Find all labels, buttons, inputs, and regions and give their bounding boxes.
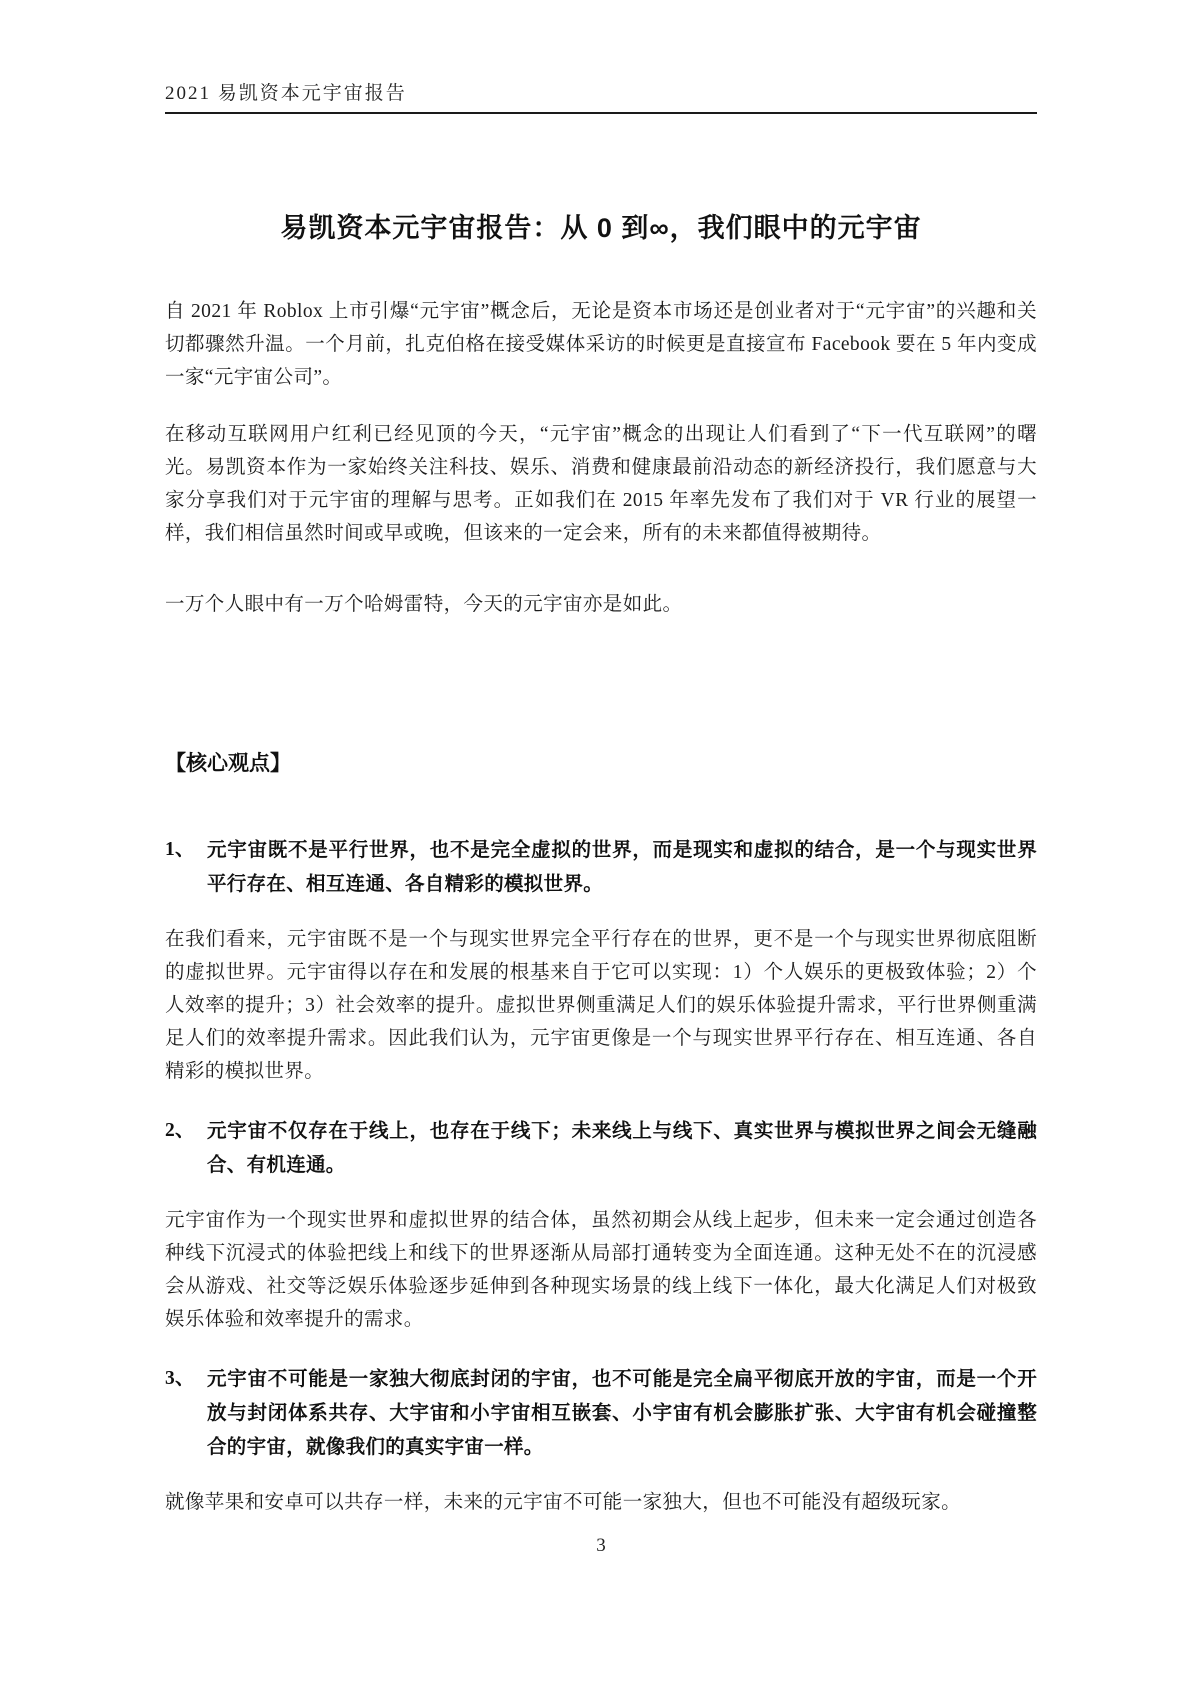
intro-paragraph-1: 自 2021 年 Roblox 上市引爆“元宇宙”概念后，无论是资本市场还是创业…	[165, 295, 1037, 394]
core-views-heading: 【核心观点】	[165, 747, 1037, 777]
running-header-text: 2021 易凯资本元宇宙报告	[165, 83, 407, 104]
core-view-item-3: 3、 元宇宙不可能是一家独大彻底封闭的宇宙，也不可能是完全扁平彻底开放的宇宙，而…	[165, 1362, 1037, 1464]
core-view-item-3-statement: 元宇宙不可能是一家独大彻底封闭的宇宙，也不可能是完全扁平彻底开放的宇宙，而是一个…	[207, 1362, 1037, 1464]
core-view-item-1-statement: 元宇宙既不是平行世界，也不是完全虚拟的世界，而是现实和虚拟的结合，是一个与现实世…	[207, 833, 1037, 901]
core-view-item-2-statement: 元宇宙不仅存在于线上，也存在于线下；未来线上与线下、真实世界与模拟世界之间会无缝…	[207, 1114, 1037, 1182]
core-view-item-3-detail: 就像苹果和安卓可以共存一样，未来的元宇宙不可能一家独大，但也不可能没有超级玩家。	[165, 1486, 1037, 1519]
document-title: 易凯资本元宇宙报告：从 0 到∞，我们眼中的元宇宙	[165, 206, 1037, 245]
core-view-item-2-number: 2、	[165, 1114, 207, 1182]
core-view-item-1-number: 1、	[165, 833, 207, 901]
intro-paragraph-2: 在移动互联网用户红利已经见顶的今天，“元宇宙”概念的出现让人们看到了“下一代互联…	[165, 418, 1037, 550]
core-view-item-1: 1、 元宇宙既不是平行世界，也不是完全虚拟的世界，而是现实和虚拟的结合，是一个与…	[165, 833, 1037, 901]
intro-paragraph-3: 一万个人眼中有一万个哈姆雷特，今天的元宇宙亦是如此。	[165, 588, 1037, 621]
core-view-item-3-number: 3、	[165, 1362, 207, 1464]
running-header: 2021 易凯资本元宇宙报告	[165, 78, 1037, 114]
document-page: 2021 易凯资本元宇宙报告 易凯资本元宇宙报告：从 0 到∞，我们眼中的元宇宙…	[0, 0, 1200, 1698]
core-view-item-2-detail: 元宇宙作为一个现实世界和虚拟世界的结合体，虽然初期会从线上起步，但未来一定会通过…	[165, 1204, 1037, 1336]
page-number: 3	[165, 1535, 1037, 1557]
core-view-item-2: 2、 元宇宙不仅存在于线上，也存在于线下；未来线上与线下、真实世界与模拟世界之间…	[165, 1114, 1037, 1182]
core-view-item-1-detail: 在我们看来，元宇宙既不是一个与现实世界完全平行存在的世界，更不是一个与现实世界彻…	[165, 923, 1037, 1088]
